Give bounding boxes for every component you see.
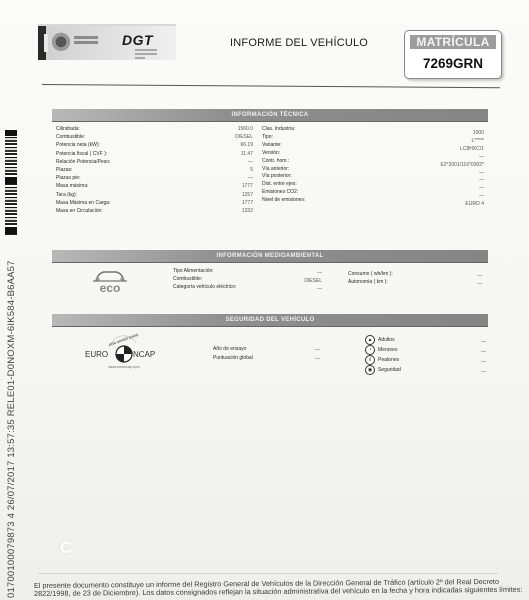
tech-value: 1000 [400,130,484,136]
tech-value: — [205,175,253,181]
tech-label: Potencia neta (kW): [56,142,100,148]
tech-label: Vía posterior: [262,173,292,179]
page-title: INFORME DEL VEHÍCULO [230,37,368,49]
safety-label: Puntuación global [213,355,253,361]
spain-crest-icon [52,32,70,54]
tech-label: Masa máxima: [56,183,89,189]
watermark: C. [60,538,77,558]
rating-value: — [460,339,486,345]
tech-value: — [400,154,484,160]
tech-value: — [400,177,484,183]
rating-value: — [460,349,486,355]
env-label: Autonomía ( km ): [348,279,388,285]
tech-value: 11.47 [205,151,253,157]
safety-assist-icon: ◉ [365,365,375,375]
safety-value: — [300,356,320,362]
tech-label: Clas. Industria: [262,126,295,132]
tech-value: 66.19 [205,142,253,148]
tech-label: Plazas: [56,167,72,173]
svg-text:FOR SAFER CARS: FOR SAFER CARS [108,333,139,347]
header-divider [42,84,500,88]
tech-label: Dist. entre ejes: [262,181,297,187]
tech-value: 1777 [205,183,253,189]
rating-label: Menores [378,347,397,353]
rating-label: Peatones [378,357,399,363]
svg-text:EURO: EURO [85,350,108,359]
env-value: — [280,286,322,292]
child-icon: ◔ [365,345,375,355]
adult-icon: ▲ [365,335,375,345]
footer-divider [38,573,498,574]
tech-value: — [400,185,484,191]
env-label: Combustible: [173,276,202,282]
tech-label: Masa en Circulación: [56,208,103,214]
tech-value: DIESEL [205,134,253,140]
env-label: Categoría vehículo eléctrico: [173,284,236,290]
env-value: — [280,270,322,276]
tech-label: Variante: [262,142,282,148]
tech-label: Relación Potencia/Peso: [56,159,110,165]
rating-value: — [460,359,486,365]
tech-value: LC8HXC/1 [400,146,484,152]
tech-label: Potencia fiscal ( CVF ): [56,151,107,157]
tech-label: Cilindrada: [56,126,80,132]
safety-value: — [300,347,320,353]
plate-label: MATRÍCULA [410,35,496,49]
rating-label: Seguridad [378,367,401,373]
svg-text:NCAP: NCAP [133,350,155,359]
rating-label: Adultos [378,337,395,343]
ministry-label [74,36,100,46]
environment-section-header: INFORMACIÓN MEDIOAMBIENTAL [52,250,488,263]
dgt-subtitle [135,49,157,61]
eco-car-icon: eco [90,268,130,294]
tech-label: Vía anterior: [262,166,289,172]
tech-value: — [205,159,253,165]
tech-label: Contr. hom.: [262,158,289,164]
plate-number: 7269GRN [405,56,501,71]
tech-value: 5 [205,167,253,173]
svg-text:eco: eco [100,281,121,294]
tech-label: Combustible: [56,134,85,140]
verification-barcode [5,130,17,235]
env-label: Tipo Alimentación: [173,268,214,274]
tech-value: EURO 4 [400,201,484,207]
rating-value: — [460,369,486,375]
svg-text:www.euroncap.com: www.euroncap.com [108,365,139,369]
verification-code: 01700100079873 4 26/07/2017 13:57:35 REL… [6,260,17,598]
safety-label: Año de ensayo [213,346,246,352]
dgt-logo: DGT [122,32,153,48]
tech-value: 1257 [205,192,253,198]
env-value: — [440,273,482,279]
tech-value: 1560.0 [205,126,253,132]
tech-value: — [400,193,484,199]
env-value: DIESEL [280,278,322,284]
logo-stripe-notch [44,34,48,52]
tech-label: Tipo: [262,134,273,140]
tech-label: Tara (kg): [56,192,77,198]
env-label: Consumo ( wh/km ): [348,271,393,277]
tech-label: Versión: [262,150,280,156]
tech-label: Emisiones CO2: [262,189,298,195]
env-value: — [440,281,482,287]
tech-value: E2*2001/116*0302* [400,162,484,168]
euroncap-logo: FOR SAFER CARS EURO NCAP www.euroncap.co… [84,333,164,373]
tech-label: Plazas pie: [56,175,80,181]
vehicle-report-page: DGT INFORME DEL VEHÍCULO MATRÍCULA 7269G… [0,0,529,600]
pedestrian-icon: ʎ [365,355,375,365]
header-logos: DGT [38,24,176,60]
safety-section-header: SEGURIDAD DEL VEHÍCULO [52,314,488,327]
tech-label: Masa Máxima en Carga: [56,200,110,206]
tech-value: L***** [400,138,484,144]
tech-label: Nivel de emisiones: [262,197,305,203]
tech-value: 1332 [205,208,253,214]
technical-section-header: INFORMACIÓN TÉCNICA [52,109,488,122]
tech-value: — [400,170,484,176]
tech-value: 1777 [205,200,253,206]
plate-box: MATRÍCULA 7269GRN [404,30,502,79]
legal-footer: El presente documento constituye un info… [34,578,524,598]
